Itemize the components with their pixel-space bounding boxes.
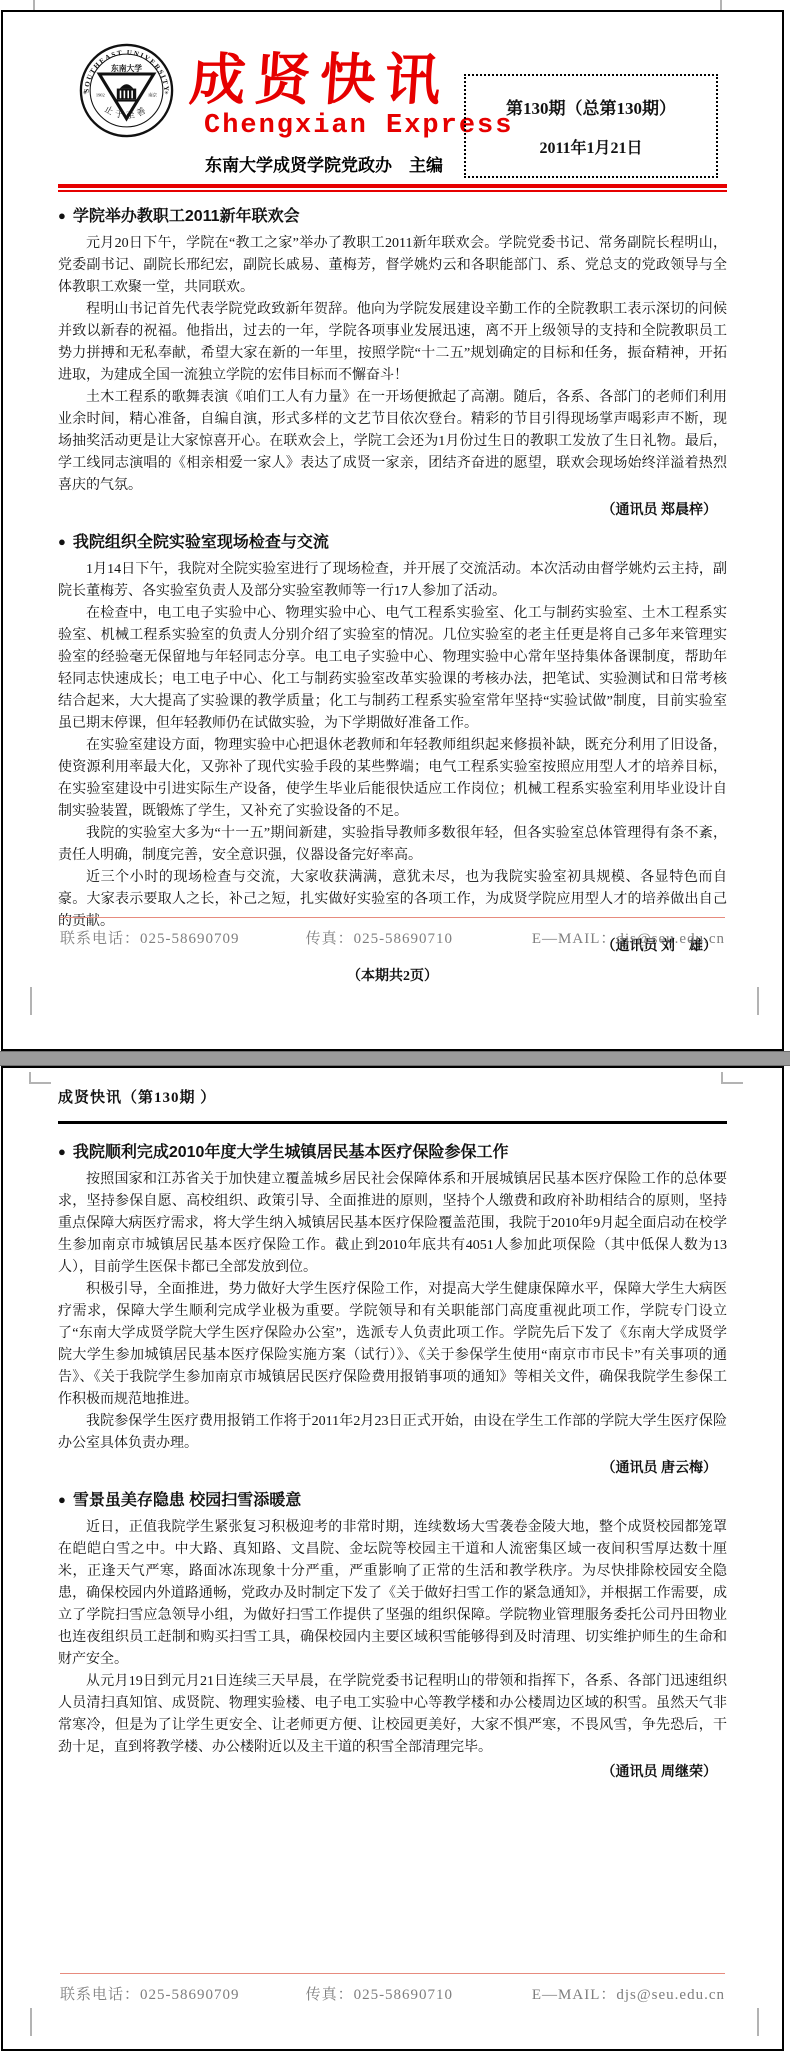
article-medical-insurance: ●我院顺利完成2010年度大学生城镇居民基本医疗保险参保工作 按照国家和江苏省关… bbox=[58, 1142, 727, 1481]
footer-fax: 传真：025-58690710 bbox=[306, 1983, 532, 2004]
article-snow-clearing: ●雪景虽美存隐患 校园扫雪添暖意 近日，正值我院学生紧张复习积极迎考的非常时期，… bbox=[58, 1490, 727, 1785]
margin-corner-mark bbox=[721, 1072, 743, 1084]
article-paragraph: 在检查中，电工电子实验中心、物理实验中心、电气工程系实验室、化工与制药实验室、土… bbox=[58, 603, 727, 735]
page-footer: 联系电话：025-58690709 传真：025-58690710 E—MAIL… bbox=[60, 1973, 725, 2004]
article-paragraph: 土木工程系的歌舞表演《咱们工人有力量》在一开场便掀起了高潮。随后，各系、各部门的… bbox=[58, 387, 727, 497]
masthead: SOUTHEAST UNIVERSITY 止于至善 东南大学 1902 bbox=[58, 12, 727, 180]
total-pages-note: （本期共2页） bbox=[58, 965, 727, 989]
footer-phone: 联系电话：025-58690709 bbox=[60, 1983, 306, 2004]
bullet-icon: ● bbox=[58, 208, 66, 223]
footer-fax: 传真：025-58690710 bbox=[306, 927, 532, 948]
article-heading-text: 雪景虽美存隐患 校园扫雪添暖意 bbox=[73, 1492, 301, 1509]
article-paragraph: 我院的实验室大多为“十一五”期间新建，实验指导教师多数很年轻，但各实验室总体管理… bbox=[58, 823, 727, 867]
margin-tick-mark bbox=[757, 2008, 759, 2036]
issue-number: 第130期（总第130期） bbox=[466, 94, 716, 119]
issue-date: 2011年1月21日 bbox=[466, 135, 716, 158]
article-heading: ●我院顺利完成2010年度大学生城镇居民基本医疗保险参保工作 bbox=[58, 1142, 727, 1164]
article-heading-text: 学院举办教职工2011新年联欢会 bbox=[73, 208, 300, 225]
article-heading: ●学院举办教职工2011新年联欢会 bbox=[58, 206, 727, 228]
margin-tick-mark bbox=[30, 987, 32, 1015]
bullet-icon: ● bbox=[58, 534, 66, 549]
newsletter-title-cn: 成贤快讯 bbox=[187, 36, 453, 116]
article-paragraph: 元月20日下午，学院在“教工之家”举办了教职工2011新年联欢会。学院党委书记、… bbox=[58, 233, 727, 299]
footer-rule bbox=[60, 1973, 725, 1974]
page-footer: 联系电话：025-58690709 传真：025-58690710 E—MAIL… bbox=[60, 917, 725, 948]
article-heading: ●雪景虽美存隐患 校园扫雪添暖意 bbox=[58, 1490, 727, 1512]
margin-tick-mark bbox=[30, 2008, 32, 2036]
article-heading: ●我院组织全院实验室现场检查与交流 bbox=[58, 532, 727, 554]
article-paragraph: 程明山书记首先代表学院党政致新年贺辞。他向为学院发展建设辛勤工作的全院教职工表示… bbox=[58, 299, 727, 387]
building-icon bbox=[115, 84, 138, 101]
page-separator bbox=[0, 1051, 790, 1066]
article-paragraph: 积极引导，全面推进，势力做好大学生医疗保险工作，对提高大学生健康保障水平，保障大… bbox=[58, 1279, 727, 1411]
newsletter-page-2: 成贤快讯（第130期 ） ●我院顺利完成2010年度大学生城镇居民基本医疗保险参… bbox=[1, 1066, 784, 2051]
bullet-icon: ● bbox=[58, 1492, 66, 1507]
article-paragraph: 从元月19日到元月21日连续三天早晨，在学院党委书记程明山的带领和指挥下，各系、… bbox=[58, 1671, 727, 1759]
article-lab-inspection: ●我院组织全院实验室现场检查与交流 1月14日下午，我院对全院实验室进行了现场检… bbox=[58, 532, 727, 959]
article-paragraph: 按照国家和江苏省关于加快建立覆盖城乡居民社会保障体系和开展城镇居民基本医疗保险工… bbox=[58, 1169, 727, 1279]
seal-cn-name: 东南大学 bbox=[111, 63, 142, 73]
article-paragraph: 在实验室建设方面，物理实验中心把退休老教师和年轻教师组织起来修损补缺，既充分利用… bbox=[58, 735, 727, 823]
correspondent-byline: （通讯员 周继荣） bbox=[58, 1761, 727, 1785]
footer-contact-row: 联系电话：025-58690709 传真：025-58690710 E—MAIL… bbox=[60, 1983, 725, 2004]
editor-line: 东南大学成贤学院党政办 主编 bbox=[205, 151, 443, 176]
article-heading-text: 我院顺利完成2010年度大学生城镇居民基本医疗保险参保工作 bbox=[73, 1144, 509, 1161]
newsletter-document: SOUTHEAST UNIVERSITY 止于至善 东南大学 1902 bbox=[0, 0, 790, 2053]
correspondent-byline: （通讯员 郑晨梓） bbox=[58, 499, 727, 523]
article-paragraph: 我院参保学生医疗费用报销工作将于2011年2月23日正式开始，由设在学生工作部的… bbox=[58, 1411, 727, 1455]
southeast-university-seal-logo: SOUTHEAST UNIVERSITY 止于至善 东南大学 1902 bbox=[78, 42, 175, 139]
article-heading-text: 我院组织全院实验室现场检查与交流 bbox=[73, 534, 329, 551]
running-header: 成贤快讯（第130期 ） bbox=[58, 1086, 727, 1107]
issue-box: 第130期（总第130期） 2011年1月21日 bbox=[464, 74, 718, 178]
double-red-rule bbox=[58, 184, 727, 192]
running-header-rule bbox=[58, 1121, 727, 1124]
footer-phone: 联系电话：025-58690709 bbox=[60, 927, 306, 948]
seal-star-right-icon: ✳ bbox=[164, 90, 168, 96]
correspondent-byline: （通讯员 唐云梅） bbox=[58, 1457, 727, 1481]
seal-star-left-icon: ✳ bbox=[83, 90, 87, 96]
newsletter-page-1: SOUTHEAST UNIVERSITY 止于至善 东南大学 1902 bbox=[1, 10, 784, 1051]
article-paragraph: 近日，正值我院学生紧张复习积极迎考的非常时期，连续数场大雪袭卷金陵大地，整个成贤… bbox=[58, 1517, 727, 1671]
seal-city: 南京 bbox=[148, 91, 157, 98]
footer-email: E—MAIL：djs@seu.edu.cn bbox=[532, 1983, 725, 2004]
margin-corner-mark bbox=[29, 1072, 51, 1084]
article-paragraph: 1月14日下午，我院对全院实验室进行了现场检查，并开展了交流活动。本次活动由督学… bbox=[58, 559, 727, 603]
footer-contact-row: 联系电话：025-58690709 传真：025-58690710 E—MAIL… bbox=[60, 927, 725, 948]
bullet-icon: ● bbox=[58, 1144, 66, 1159]
footer-email: E—MAIL：djs@seu.edu.cn bbox=[532, 927, 725, 948]
margin-tick-mark bbox=[757, 987, 759, 1015]
footer-rule bbox=[60, 917, 725, 918]
article-new-year-party: ●学院举办教职工2011新年联欢会 元月20日下午，学院在“教工之家”举办了教职… bbox=[58, 206, 727, 523]
seal-year: 1902 bbox=[96, 92, 105, 97]
